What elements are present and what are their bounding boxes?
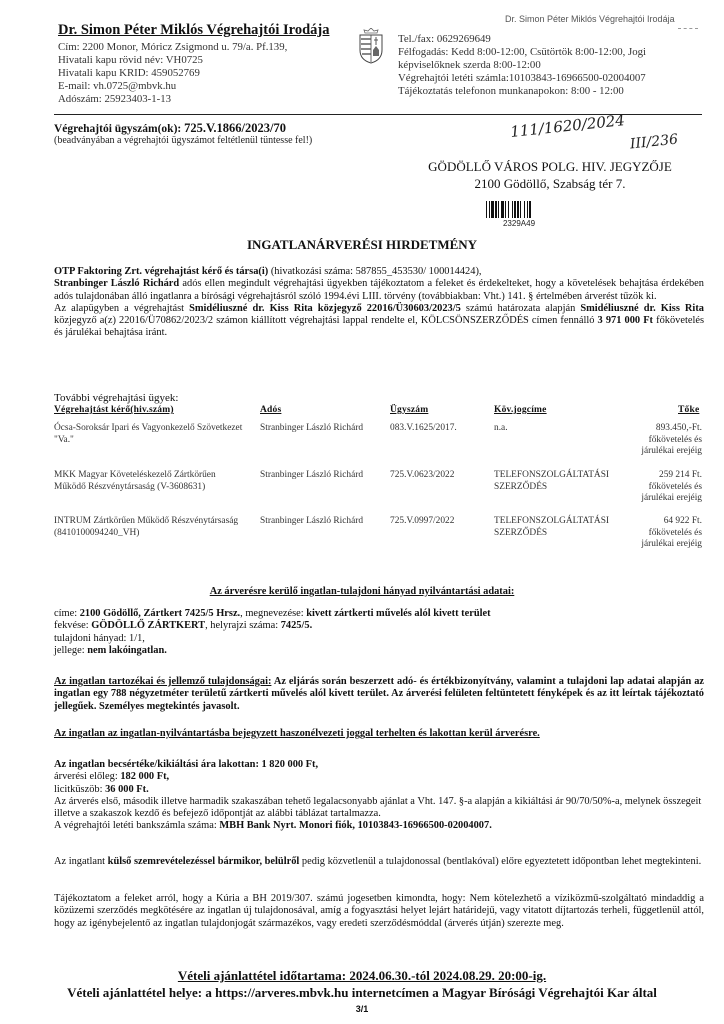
office-escrow-account: Végrehajtói letéti számla:10103843-16966…: [398, 72, 646, 85]
lot-label: , helyrajzi száma:: [205, 620, 281, 631]
designation-label: , megnevezése:: [240, 608, 306, 619]
notary-name: Smidéliuszné dr. Kiss Rita: [580, 303, 704, 314]
row-principal: 893.450,-Ft. főkövetelés és járulékai er…: [632, 423, 702, 458]
row-case-no: 725.V.0997/2022: [390, 516, 454, 528]
row-creditor: Ócsa-Soroksár Ipari és Vagyonkezelő Szöv…: [54, 423, 244, 446]
page-number: 3/1: [0, 1004, 724, 1014]
barcode-number: 2329A49: [486, 219, 552, 228]
principal-amount: 3 971 000 Ft: [598, 315, 653, 326]
col-header-creditor: Végrehajtást kérő(hiv.szám): [54, 405, 174, 415]
property-section-title: Az árverésre kerülő ingatlan-tulajdoni h…: [0, 586, 724, 597]
row-debtor: Stranbinger László Richárd: [260, 516, 363, 528]
increment-label: licitküszöb:: [54, 784, 105, 795]
col-header-debtor: Adós: [260, 405, 281, 415]
document-title: INGATLANÁRVERÉSI HIRDETMÉNY: [0, 237, 724, 253]
handwritten-registration-number: 111/1620/2024: [509, 111, 625, 141]
case-number-label: Végrehajtói ügyszám(ok):: [54, 123, 184, 135]
row-principal: 259 214 Ft. főkövetelés és járulékai ere…: [632, 470, 702, 505]
stages-text: Az árverés első, második illetve harmadi…: [54, 796, 704, 821]
office-address: Cím: 2200 Monor, Móricz Zsigmond u. 79/a…: [58, 41, 287, 54]
office-contact-right: Tel./fax: 0629269649 Félfogadás: Kedd 8:…: [398, 33, 646, 98]
row-creditor: MKK Magyar Követeléskezelő Zártkörűen Mű…: [54, 470, 244, 493]
case-number-note: (beadványában a végrehajtói ügyszámot fe…: [54, 135, 312, 146]
property-type: nem lakóingatlan.: [87, 645, 167, 656]
office-email: E-mail: vh.0725@mbvk.hu: [58, 80, 287, 93]
office-hours: Félfogadás: Kedd 8:00-12:00, Csütörtök 8…: [398, 46, 646, 59]
addressee-name: GÖDÖLLŐ VÁROS POLG. HIV. JEGYZŐJE: [380, 158, 720, 175]
office-contact-left: Cím: 2200 Monor, Móricz Zsigmond u. 79/a…: [58, 41, 287, 106]
property-share: 1/1,: [129, 633, 145, 644]
row-debtor: Stranbinger László Richárd: [260, 470, 363, 482]
bidding-place: Vételi ajánlattétel helye: a https://arv…: [0, 985, 724, 1001]
office-krid: Hivatali kapu KRID: 459052769: [58, 67, 287, 80]
office-phone-hours: Tájékoztatás telefonon munkanapokon: 8:0…: [398, 85, 646, 98]
other-cases-intro: További végrehajtási ügyek:: [54, 392, 178, 404]
office-phone: Tel./fax: 0629269649: [398, 33, 646, 46]
bank-account: MBH Bank Nyrt. Monori fiók, 10103843-169…: [219, 820, 491, 831]
pricing-details: Az ingatlan becsértéke/kikiáltási ára la…: [54, 759, 704, 833]
basis-text-3: közjegyző a(z) 22016/Ü70862/2023/2 számo…: [54, 315, 598, 326]
addressee-block: GÖDÖLLŐ VÁROS POLG. HIV. JEGYZŐJE 2100 G…: [380, 158, 720, 192]
increment-value: 36 000 Ft.: [105, 784, 149, 795]
basis-text-1: Az alapügyben a végrehajtást: [54, 303, 189, 314]
case-number-value: 725.V.1866/2023/70: [184, 121, 286, 135]
row-creditor: INTRUM Zártkörűen Működő Részvénytársasá…: [54, 516, 260, 539]
basis-text-2: számú határozata alapján: [461, 303, 581, 314]
deposit-label: árverési előleg:: [54, 771, 120, 782]
viewing-text-1: Az ingatlant: [54, 856, 108, 867]
features-label: Az ingatlan tartozékai és jellemző tulaj…: [54, 676, 271, 687]
property-address: 2100 Gödöllő, Zártkert 7425/5 Hrsz.: [80, 608, 240, 619]
address-label: címe:: [54, 608, 80, 619]
handwritten-sub-number: III/236: [629, 132, 678, 153]
deposit-value: 182 000 Ft,: [120, 771, 169, 782]
office-stamp: Dr. Simon Péter Miklós Végrehajtói Irodá…: [505, 14, 675, 24]
case-number: Végrehajtói ügyszám(ok): 725.V.1866/2023…: [54, 121, 286, 136]
row-claim-type: TELEFONSZOLGÁLTATÁSI SZERZŐDÉS: [494, 516, 624, 539]
col-header-principal: Tőke: [678, 405, 699, 415]
bank-label: A végrehajtói letéti bankszámla száma:: [54, 820, 219, 831]
debtor-name: Stranbinger László Richárd: [54, 278, 179, 289]
property-lot-number: 7425/5.: [281, 620, 312, 631]
row-debtor: Stranbinger László Richárd: [260, 423, 363, 435]
office-title: Dr. Simon Péter Miklós Végrehajtói Irodá…: [58, 22, 329, 39]
viewing-paragraph: Az ingatlant külső szemrevételezéssel bá…: [54, 856, 704, 868]
location-label: fekvése:: [54, 620, 91, 631]
type-label: jellege:: [54, 645, 87, 656]
notary-reference: Smidéliuszné dr. Kiss Rita közjegyző 220…: [189, 303, 461, 314]
property-details: címe: 2100 Gödöllő, Zártkert 7425/5 Hrsz…: [54, 608, 704, 657]
encumbrance-notice: Az ingatlan az ingatlan-nyilvántartásba …: [54, 728, 704, 740]
addressee-address: 2100 Gödöllő, Szabság tér 7.: [380, 175, 720, 192]
office-hours-lawyers: képviselőknek szerda 8:00-12:00: [398, 59, 646, 72]
row-claim-type: n.a.: [494, 423, 624, 435]
estimate-label: Az ingatlan becsértéke/kikiáltási ára la…: [54, 759, 262, 770]
creditor-reference: (hivatkozási száma: 587855_453530/ 10001…: [268, 266, 481, 277]
estimate-value: 1 820 000 Ft,: [262, 759, 319, 770]
property-location: GÖDÖLLŐ ZÁRTKERT: [91, 620, 205, 631]
row-principal: 64 922 Ft. főkövetelés és járulékai erej…: [632, 516, 702, 551]
share-label: tulajdoni hányad:: [54, 633, 129, 644]
office-tax-number: Adószám: 25923403-1-13: [58, 93, 287, 106]
bidding-period: Vételi ajánlattétel időtartama: 2024.06.…: [0, 968, 724, 984]
property-designation: kivett zártkerti művelés alól kivett ter…: [306, 608, 490, 619]
signature-mark: [678, 14, 698, 29]
viewing-bold: külső szemrevételezéssel bármikor, belül…: [108, 856, 300, 867]
row-case-no: 083.V.1625/2017.: [390, 423, 457, 435]
row-claim-type: TELEFONSZOLGÁLTATÁSI SZERZŐDÉS: [494, 470, 624, 493]
col-header-case-no: Ügyszám: [390, 405, 428, 415]
features-paragraph: Az ingatlan tartozékai és jellemző tulaj…: [54, 676, 704, 713]
creditor-name: OTP Faktoring Zrt. végrehajtást kérő és …: [54, 266, 268, 277]
office-gate-name: Hivatali kapu rövid név: VH0725: [58, 54, 287, 67]
kuria-paragraph: Tájékoztatom a feleket arról, hogy a Kúr…: [54, 893, 704, 930]
barcode-icon: [486, 201, 552, 218]
coat-of-arms-icon: [356, 28, 386, 64]
row-case-no: 725.V.0623/2022: [390, 470, 454, 482]
viewing-text-2: pedig közvetlenül a tulajdonossal (bentl…: [299, 856, 701, 867]
intro-paragraph: OTP Faktoring Zrt. végrehajtást kérő és …: [54, 266, 704, 340]
col-header-claim-type: Köv.jogcíme: [494, 405, 547, 415]
